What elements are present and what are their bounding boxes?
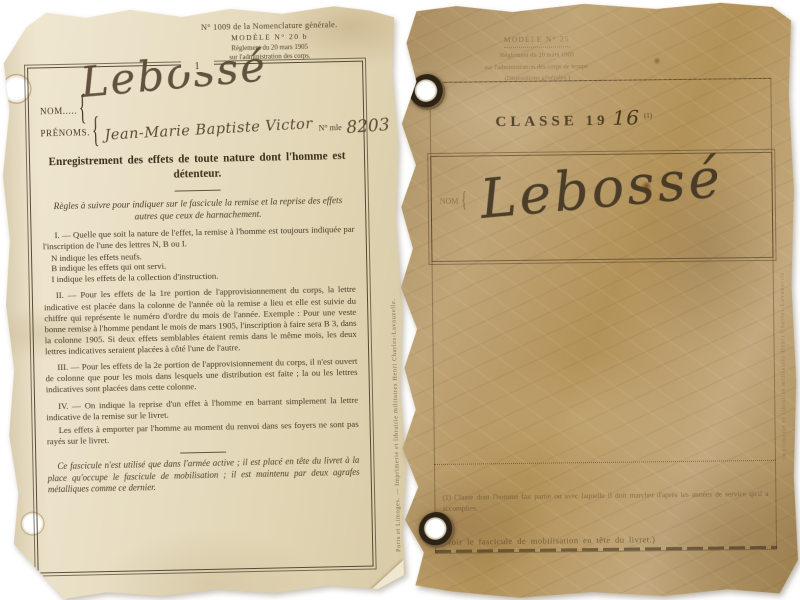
page-number-value: 1 xyxy=(180,61,213,73)
left-page: N° 1009 de la Nomenclature générale. MOD… xyxy=(0,2,410,600)
matricule-label: N° mle xyxy=(319,123,342,132)
paragraph-3: III. — Pour les effets de la 2e portion … xyxy=(45,356,358,396)
cover-page-paper: MODÈLE N° 25 Règlement du 20 mars 1905 s… xyxy=(392,0,799,600)
divider-rule xyxy=(175,190,221,192)
metal-eyelet-top-icon xyxy=(409,74,445,110)
cover-page: MODÈLE N° 25 Règlement du 20 mars 1905 s… xyxy=(392,0,799,600)
left-page-paper: N° 1009 de la Nomenclature générale. MOD… xyxy=(0,2,410,600)
paragraph-5: Les effets à emporter par l'homme au mom… xyxy=(47,419,359,448)
printer-imprint-vertical: Imprimerie et librairie militaires Henri… xyxy=(778,100,788,460)
header-line: sur l'administration des corps de troupe… xyxy=(447,61,627,72)
classe-row: CLASSE 19 16 (1) xyxy=(394,104,754,132)
footer-note: Ce fascicule n'est utilisé que dans l'ar… xyxy=(47,455,360,496)
divider-rule xyxy=(180,452,226,454)
handwritten-prenoms: Jean-Marie Baptiste Victor xyxy=(104,116,313,144)
rules-intro: Règles à suivre pour indiquer sur le fas… xyxy=(48,195,348,225)
nom-label: NOM..... xyxy=(40,105,77,116)
handwritten-classe-year: 16 xyxy=(612,105,640,129)
form-frame: Lebossé NOM..... { PRÉNOMS. { Jean-Marie… xyxy=(27,61,374,574)
footnote-reference: (1) xyxy=(644,112,652,120)
brace-glyph: { xyxy=(92,112,100,153)
prenoms-row: PRÉNOMS. { Jean-Marie Baptiste Victor N°… xyxy=(40,117,352,144)
section-title: Enregistrement des effets de toute natur… xyxy=(45,149,350,184)
handwritten-surname: Lebossé xyxy=(429,142,773,236)
classe-label: CLASSE 19 xyxy=(495,113,608,130)
header-line: Règlement du 20 mars 1905 xyxy=(447,50,627,61)
header-line: MODÈLE N° 25 xyxy=(504,34,570,47)
name-box: NOM { Lebossé xyxy=(430,152,773,262)
brace-glyph: { xyxy=(79,90,87,131)
handwritten-matricule: 8203 xyxy=(346,115,391,138)
cover-header: MODÈLE N° 25 Règlement du 20 mars 1905 s… xyxy=(447,26,628,84)
paragraph-2: II. — Pour les effets de la 1re portion … xyxy=(44,284,357,357)
cover-footnote: (1) Classe dont l'homme fait partie ou a… xyxy=(442,489,768,514)
